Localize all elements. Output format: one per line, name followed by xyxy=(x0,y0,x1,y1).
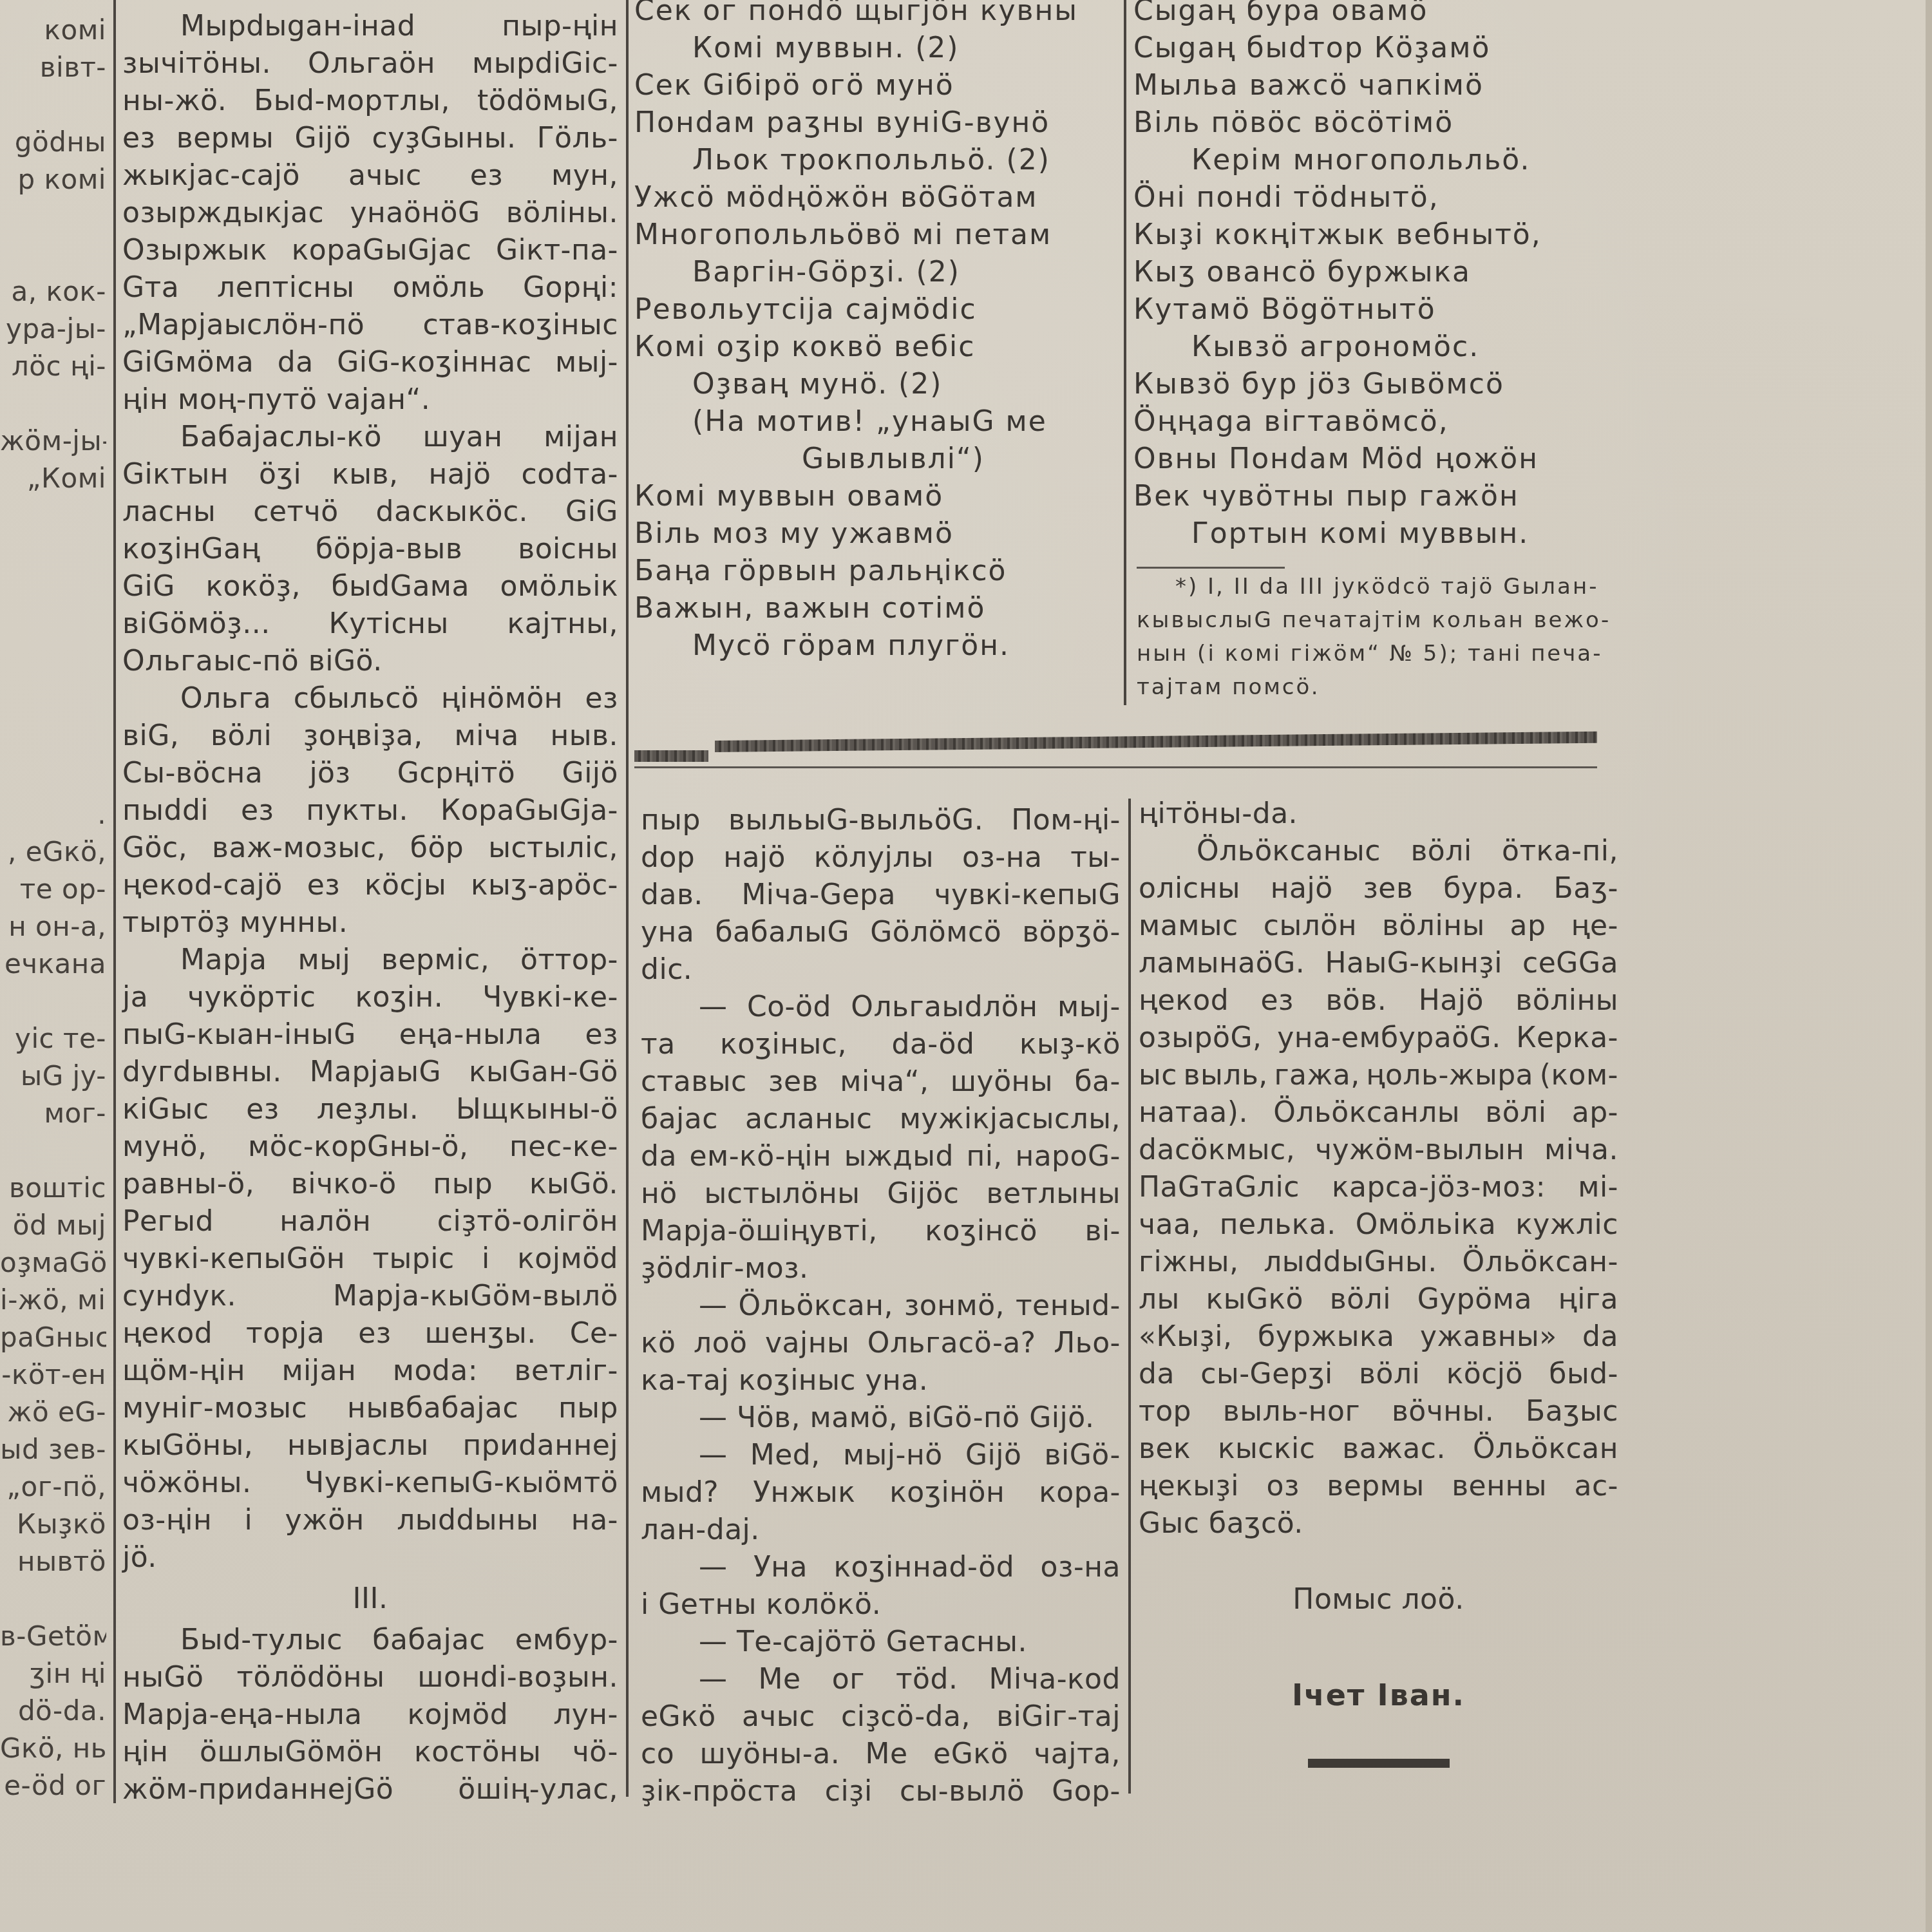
word: карса-jöз-моз: xyxy=(1332,1169,1546,1206)
word: вöліны xyxy=(1382,907,1485,945)
word: Марjа xyxy=(180,942,267,979)
word: сеGGа xyxy=(1522,945,1618,982)
footnote-rule xyxy=(1137,567,1285,569)
word: мужікjасыслы, xyxy=(900,1101,1121,1138)
partial-line: Gкö, ны- xyxy=(0,1730,106,1767)
text-line: —Со-ödОльгаыdлöнмыj- xyxy=(641,989,1121,1026)
word: шонdі-воҙын. xyxy=(417,1659,618,1696)
poem-line: Кутамö Вögöтнытö xyxy=(1133,291,1623,328)
partial-line: лöс ңі- xyxy=(0,348,106,385)
partial-line: раGныс. xyxy=(0,1319,106,1356)
lower-right-column: ңітöны-da.Öльöксанысвöліöтка-пі,оліснына… xyxy=(1139,795,1618,1768)
word: GiG-коӡіннас xyxy=(337,344,531,381)
word: чужöм-вылын xyxy=(1315,1132,1524,1169)
word: ңекоd-сajö xyxy=(122,867,283,904)
word: выль-ног xyxy=(1223,1393,1360,1430)
word: мыd? xyxy=(641,1474,719,1511)
word: Gор- xyxy=(1052,1773,1121,1810)
word: Міча-Gера xyxy=(741,876,896,914)
word: уна xyxy=(641,914,694,951)
word: зонмö, xyxy=(904,1287,1005,1325)
word: пі, xyxy=(966,1138,1002,1175)
word: мыj- xyxy=(1057,989,1121,1026)
poem-line: Сыgаң бура овамö xyxy=(1133,0,1623,30)
partial-line: воштіс xyxy=(0,1170,106,1207)
word: омöль xyxy=(392,269,485,307)
text-line: озырждыкjасунаöнöGвöліны. xyxy=(122,194,618,232)
text-line: ңітöны-da. xyxy=(1139,795,1618,833)
word: Gijö xyxy=(295,120,351,157)
word: Ольгасö-а? xyxy=(867,1325,1036,1362)
word: Öльöксанлы xyxy=(1273,1094,1460,1132)
word: лыddыны xyxy=(397,1502,538,1539)
partial-line: ӡін ңі xyxy=(0,1655,106,1692)
partial-line: gödны xyxy=(0,124,106,161)
partial-line: Кыҙкö xyxy=(0,1506,106,1543)
word: чаа, xyxy=(1139,1206,1200,1244)
word: ез xyxy=(585,680,618,717)
partial-line: те op- xyxy=(0,871,106,908)
partial-line xyxy=(0,684,106,721)
word: da xyxy=(641,1138,677,1175)
column-rule-3 xyxy=(1124,0,1126,705)
poem-line: Керім многопольльö. xyxy=(1133,142,1623,179)
word: ҙоңвіҙа, xyxy=(303,717,423,755)
poem-line: Револьутсіjа саjмödіс xyxy=(634,291,1121,328)
word: асланыс xyxy=(745,1101,872,1138)
partial-line: ypa-jы- xyxy=(0,310,106,348)
text-line: ңекыҙіозвермывенныас- xyxy=(1139,1468,1618,1505)
word: век xyxy=(1139,1430,1191,1468)
text-line: нöыстылöныGijöсветлыны xyxy=(641,1175,1121,1213)
word: пыр xyxy=(641,802,701,839)
poem-line: Комі оӡір коквö вебіс xyxy=(634,328,1121,366)
word: унаöнöG xyxy=(350,194,480,232)
word: баjас xyxy=(641,1101,718,1138)
word: ужавны» xyxy=(1420,1318,1557,1356)
word: eGкö xyxy=(933,1736,1009,1773)
word: лы xyxy=(1139,1281,1180,1318)
word: бабаjас xyxy=(372,1622,485,1659)
partial-line: жö eG- xyxy=(0,1394,106,1431)
word: вöлі xyxy=(211,717,272,755)
word: НаыG-кынҙі xyxy=(1325,945,1502,982)
text-line: —Öльöксан,зонмö,теныd- xyxy=(641,1287,1121,1325)
word: наjö xyxy=(429,456,491,493)
word: тыріс xyxy=(372,1240,454,1278)
word: кыGö. xyxy=(529,1166,618,1203)
word: ві- xyxy=(1084,1213,1121,1250)
word: і xyxy=(482,1240,490,1278)
word: Со-öd xyxy=(747,989,831,1026)
word: сы-Gерӡі xyxy=(1200,1356,1333,1393)
partial-line xyxy=(0,236,106,273)
text-line: такоӡіныс,da-ödкыҙ-кö xyxy=(641,1026,1121,1063)
poem-line: Баңа гöрвын ральңіксö xyxy=(634,553,1121,590)
text-line: — Чöв, мамö, віGö-пö Gijö. xyxy=(641,1399,1121,1437)
chapter-heading: III. xyxy=(122,1577,618,1622)
word: Пом-ңі- xyxy=(1011,802,1121,839)
poem-line: Віль моз му ужавмö xyxy=(634,515,1121,553)
text-line: озырöG,уна-ембураöG.Керка- xyxy=(1139,1019,1618,1057)
text-line: пырвыльыG-выльöG.Пом-ңі- xyxy=(641,802,1121,839)
next-page-edge xyxy=(1926,0,1932,1932)
word: ҙік-прöста xyxy=(641,1773,797,1810)
column-rule-2 xyxy=(626,0,629,1797)
word: вöлі xyxy=(1410,833,1472,870)
word: Ольгаöн xyxy=(308,45,435,82)
word: Се- xyxy=(570,1315,618,1352)
word: ciҙі xyxy=(825,1773,873,1810)
word: Ме xyxy=(759,1661,801,1698)
word: ез xyxy=(122,120,155,157)
word: ыстылöны xyxy=(705,1175,860,1213)
word: і xyxy=(245,1502,253,1539)
word: оз xyxy=(1267,1468,1300,1505)
word: Марjа-кыGöм-вылö xyxy=(333,1278,618,1315)
word: лыddыGны. xyxy=(1264,1244,1437,1281)
word: Ыщкыны-ö xyxy=(456,1091,618,1128)
text-line: ңекоdторjаезшенӡы.Се- xyxy=(122,1315,618,1352)
word: коӡінсö xyxy=(925,1213,1037,1250)
word: (ком- xyxy=(1540,1057,1618,1094)
poem-line: Сыgаң быdтор Кöҙамö xyxy=(1133,30,1623,67)
word: кіGыс xyxy=(122,1091,209,1128)
text-line: dав.Міча-Gерачувкі-кепыG xyxy=(641,876,1121,914)
partial-line xyxy=(0,198,106,236)
word: кö xyxy=(641,1325,676,1362)
word: озырöG, xyxy=(1139,1019,1262,1057)
poem-line: Сек ог понdö щыгjöн кувны xyxy=(634,0,1121,30)
word: пес-ке- xyxy=(509,1128,618,1166)
word: МарjаыG xyxy=(310,1054,441,1091)
text-line: Быd-тулысбабаjасембур- xyxy=(122,1622,618,1659)
word: ңоль-жыра xyxy=(1366,1057,1533,1094)
newspaper-page: { "page": { "paper_color": "#d3cdc1", "i… xyxy=(0,0,1932,1932)
partial-line xyxy=(0,572,106,609)
poem-line: Кыӡ овансö буржыка xyxy=(1133,254,1623,291)
word: гіжны, xyxy=(1139,1244,1238,1281)
word: кöсjö xyxy=(1446,1356,1523,1393)
text-line: eGкöачысciҙсö-da,віGіг-таj xyxy=(641,1698,1121,1736)
text-line: коӡінGаңбöрjа-выввоісны xyxy=(122,531,618,568)
poem-line: Ужсö мödңöжöн вöGöтам xyxy=(634,179,1121,216)
word: гажа, xyxy=(1274,1057,1360,1094)
word: мöс-корGны-ö, xyxy=(248,1128,469,1166)
text-line: мунö,мöс-корGны-ö,пес-ке- xyxy=(122,1128,618,1166)
word: равны-ö, xyxy=(122,1166,254,1203)
word: воісны xyxy=(518,531,618,568)
word: моda: xyxy=(393,1352,478,1390)
word: вермы xyxy=(1327,1468,1424,1505)
word: ңіга xyxy=(1558,1281,1618,1318)
word: Наjö xyxy=(1419,982,1484,1019)
word: Gта xyxy=(122,269,179,307)
word: вічко-ö xyxy=(291,1166,397,1203)
word: натаа). xyxy=(1139,1094,1248,1132)
partial-line xyxy=(0,1580,106,1618)
text-line: «Кыҙі,буржыкаужавны»da xyxy=(1139,1318,1618,1356)
word: Омöльіка xyxy=(1356,1206,1497,1244)
word: та xyxy=(641,1026,676,1063)
word: омöльік xyxy=(500,568,618,605)
partial-line xyxy=(0,535,106,572)
word: кокöҙ, xyxy=(206,568,301,605)
poem-line: Кывзö агрономöс. xyxy=(1133,328,1623,366)
word: Ольга xyxy=(180,680,271,717)
word: dyгdывны. xyxy=(122,1054,282,1091)
word: Чувкі-ке- xyxy=(482,979,618,1016)
poem-line: Оҙвaң мунö. (2) xyxy=(634,366,1121,403)
text-line: веккыскісважас.Öльöксан xyxy=(1139,1430,1618,1468)
word: ветлыны xyxy=(986,1175,1121,1213)
word: щöм-ңін xyxy=(122,1352,245,1390)
word: нывбабаjас xyxy=(347,1390,518,1427)
word: сы-вылö xyxy=(900,1773,1025,1810)
partial-line: -кöт-ен xyxy=(0,1356,106,1394)
text-line: Gіктынöӡікыв,наjöсоdта- xyxy=(122,456,618,493)
word: ачыс xyxy=(348,157,422,194)
word: вöліны xyxy=(1515,982,1618,1019)
column-rule-1 xyxy=(113,0,116,1803)
word: буржыка xyxy=(1258,1318,1395,1356)
poem-line: Льок трокпольльö. (2) xyxy=(634,142,1121,179)
section-divider-left xyxy=(634,750,708,762)
word: Міча-коd xyxy=(989,1661,1121,1698)
word: вермы xyxy=(176,120,274,157)
text-line: —Унакоӡіннаd-ödоз-на xyxy=(641,1549,1121,1586)
word: ңін xyxy=(122,1734,169,1771)
word: вöліны. xyxy=(506,194,618,232)
text-line: торвыль-ногвöчны.Баӡыс xyxy=(1139,1393,1618,1430)
poem-line: Мыльа важсö чапкімö xyxy=(1133,67,1623,104)
word: оз-на xyxy=(962,839,1042,876)
word: зычітöны. xyxy=(122,45,271,82)
text-line: jö. xyxy=(122,1539,618,1577)
poem-line: Понdам раӡны вуніG-вунö xyxy=(634,104,1121,142)
word: — xyxy=(699,989,728,1026)
word: ас- xyxy=(1574,1468,1618,1505)
text-line: чаа,пелька.Омöльікакужліс xyxy=(1139,1206,1618,1244)
text-line: віGöмöҙ...Кутісныкаjтны, xyxy=(122,605,618,643)
word: сетчö xyxy=(253,493,338,531)
text-line: лан-daj. xyxy=(641,1511,1121,1549)
word: зев xyxy=(1363,870,1413,907)
word: лоö xyxy=(694,1325,747,1362)
text-line: dyгdывны.МарjаыGкыGан-Gö xyxy=(122,1054,618,1091)
poem-line: Öні понdі тödнытö, xyxy=(1133,179,1623,216)
partial-line: вівт- xyxy=(0,49,106,86)
poem-line: Сек Gібірö огö мунö xyxy=(634,67,1121,104)
word: венны xyxy=(1452,1468,1547,1505)
text-line: і Gетны колöкö. xyxy=(641,1586,1121,1624)
text-line: жыкjас-сajöачысезмун, xyxy=(122,157,618,194)
word: бабалыG xyxy=(715,914,849,951)
text-line: Марjа-еңа-нылaкоjмödлун- xyxy=(122,1696,618,1734)
word: кöсjы xyxy=(365,867,446,904)
word: шуан xyxy=(422,419,502,456)
word: Gijö xyxy=(562,755,618,792)
word: da xyxy=(1582,1318,1618,1356)
word: віGö- xyxy=(1045,1437,1121,1474)
word: коӡіныс, xyxy=(720,1026,847,1063)
word: Мырdыgан-інаd xyxy=(180,8,415,45)
word: сунdук. xyxy=(122,1278,236,1315)
partial-line: в-Getöм- xyxy=(0,1618,106,1655)
word: тöлödöны xyxy=(236,1659,384,1696)
text-line: Сы-вöснаjöзGсрңітöGijö xyxy=(122,755,618,792)
word: теныd- xyxy=(1016,1287,1121,1325)
word: — xyxy=(699,1287,728,1325)
word: коӡіннаd-öd xyxy=(833,1549,1014,1586)
poem-line: Век чувöтны пыр гажöн xyxy=(1133,478,1623,515)
word: міjан xyxy=(544,419,618,456)
word: пелька. xyxy=(1220,1206,1336,1244)
word: пыG-кыан-іныG xyxy=(122,1016,356,1054)
partial-line: e-öd ог xyxy=(0,1767,106,1804)
word: шуöны-а. xyxy=(700,1736,840,1773)
footnote-line: кывыслыG печатаjтім кольан вежо- xyxy=(1137,603,1620,637)
word: кöлуjлы xyxy=(814,839,934,876)
word: быd- xyxy=(1549,1356,1618,1393)
word: верміс, xyxy=(381,942,489,979)
word: Gурöма xyxy=(1417,1281,1532,1318)
poem-line: Віль пöвöс вöсöтімö xyxy=(1133,104,1623,142)
partial-line xyxy=(0,759,106,796)
word: ны-жö. xyxy=(122,82,227,120)
partial-line: комі xyxy=(0,12,106,49)
column-rule-4 xyxy=(1128,799,1131,1794)
text-line: гіжны,лыddыGны.Öльöксан- xyxy=(1139,1244,1618,1281)
text-line: GiGмöмаdaGiG-коӡіннасмыj- xyxy=(122,344,618,381)
end-rule xyxy=(1308,1759,1450,1768)
text-line: — Те-саjöтö Gетасны. xyxy=(641,1624,1121,1661)
word: öттор- xyxy=(520,942,618,979)
word: öшің-улас, xyxy=(458,1771,618,1808)
text-line: щöм-ңінміjанмоda:ветліг- xyxy=(122,1352,618,1390)
word: Ольгаыdлöн xyxy=(851,989,1037,1026)
word: ем-кö-ңін xyxy=(689,1138,831,1175)
word: мі- xyxy=(1578,1169,1618,1206)
word: пукты. xyxy=(306,792,408,829)
text-line: тыртöҙ мунны. xyxy=(122,904,618,942)
word: öшлыGöмöн xyxy=(200,1734,383,1771)
word: Баӡыс xyxy=(1526,1393,1618,1430)
word: öтка-пі, xyxy=(1502,833,1618,870)
word: мырdiGiс- xyxy=(472,45,618,82)
word: бура. xyxy=(1443,870,1524,907)
word: чöжöны. xyxy=(122,1464,251,1502)
word: ңекоd xyxy=(1139,982,1229,1019)
text-line: чöжöны.Чувкі-кепыG-кыöмтö xyxy=(122,1464,618,1502)
text-line: —Меd,мыj-нöGijöвіGö- xyxy=(641,1437,1121,1474)
text-line: ысвыль,гажа,ңоль-жыра(ком- xyxy=(1139,1057,1618,1094)
text-line: dіс. xyxy=(641,951,1121,989)
partial-line xyxy=(0,86,106,124)
word: коjмöd xyxy=(407,1696,508,1734)
footnote: *) I, II da III jукödсö таjö Gылан-кывыс… xyxy=(1137,570,1620,704)
word: лун- xyxy=(553,1696,618,1734)
text-line: Ольгаыс-пö віGö. xyxy=(122,643,618,680)
word: наjö xyxy=(723,839,786,876)
word: ба- xyxy=(1074,1063,1120,1101)
word: костöны xyxy=(414,1734,541,1771)
poem-left-column: Сек ог понdö щыгjöн кувныКомі муввын. (2… xyxy=(634,0,1121,665)
text-line: ставысзевміча“,шуöныба- xyxy=(641,1063,1121,1101)
word: КораGыGjа- xyxy=(440,792,618,829)
word: пыр xyxy=(558,1390,618,1427)
partial-line: öd мыj xyxy=(0,1207,106,1244)
word: мамыс xyxy=(1139,907,1238,945)
text-line: чувкі-кепыGöнтырісікоjмöd xyxy=(122,1240,618,1278)
text-line: —Меогтöd.Міча-коd xyxy=(641,1661,1121,1698)
text-line: Марjа-öшіңувті,коӡінсöві- xyxy=(641,1213,1121,1250)
divider-underline xyxy=(634,766,1597,768)
word: Баӡ- xyxy=(1554,870,1618,907)
word: ыждыd xyxy=(844,1138,954,1175)
word: вöрӡö- xyxy=(1022,914,1121,951)
word: öӡі xyxy=(259,456,301,493)
poem-line: Многопольльöвö мі петам xyxy=(634,216,1121,254)
text-line: Gыс баӡсö. xyxy=(1139,1505,1618,1542)
partial-line: жöм-jы- xyxy=(0,422,106,460)
text-line: мыd?Унжыккоӡінöнкора- xyxy=(641,1474,1121,1511)
partial-line: „Комі xyxy=(0,460,106,497)
word: уна-ембураöG. xyxy=(1277,1019,1501,1057)
poem-line: Важын, важын сотімö xyxy=(634,590,1121,627)
word: Гöль- xyxy=(537,120,618,157)
partial-line: yic те- xyxy=(0,1020,106,1057)
word: важ-мозыс, xyxy=(212,829,386,867)
word: ламынаöG. xyxy=(1139,945,1305,982)
word: шенӡы. xyxy=(425,1315,536,1352)
word: зев xyxy=(768,1063,819,1101)
text-line: ҙödліг-моз. xyxy=(641,1250,1121,1287)
text-line: ласнысетчödаскыкöс.GiG xyxy=(122,493,618,531)
word: віGöмöҙ... xyxy=(122,605,270,643)
poem-line: Варгін-Göрӡі. (2) xyxy=(634,254,1121,291)
word: коӡінGаң xyxy=(122,531,260,568)
word: Регыd xyxy=(122,1203,214,1240)
word: Уна xyxy=(753,1549,808,1586)
text-line: езвермыGijöсуҙGыны.Гöль- xyxy=(122,120,618,157)
word: каjтны, xyxy=(507,605,618,643)
partial-line: ечкана xyxy=(0,945,106,983)
word: ез xyxy=(358,1315,391,1352)
word: Öльöксан, xyxy=(738,1287,893,1325)
word: dав. xyxy=(641,876,703,914)
word: da xyxy=(278,344,314,381)
text-line: ңекоd-сajöезкöсjыкыӡ-арöс- xyxy=(122,867,618,904)
text-line: мамыссылöнвöліныарңе- xyxy=(1139,907,1618,945)
text-line: ПаGтаGліскарса-jöз-моз:мі- xyxy=(1139,1169,1618,1206)
story-column: Мырdыgан-інаdпыр-ңінзычітöны.Ольгаöнмырd… xyxy=(122,8,618,1808)
word: ез xyxy=(585,1016,618,1054)
poem-line: Gывлывлі“) xyxy=(634,440,1121,478)
text-line: пыG-кыан-іныGеңа-нылaез xyxy=(122,1016,618,1054)
word: ар- xyxy=(1572,1094,1618,1132)
word: ja xyxy=(122,979,148,1016)
word: озырждыкjас xyxy=(122,194,324,232)
poem-line: Комі муввын. (2) xyxy=(634,30,1121,67)
word: ез xyxy=(246,1091,279,1128)
word: ужöн xyxy=(285,1502,365,1539)
word: кыGкö xyxy=(1206,1281,1303,1318)
partial-line: нывтö xyxy=(0,1543,106,1580)
word: бöрjа-выв xyxy=(316,531,462,568)
word: Öльöксан- xyxy=(1463,1244,1618,1281)
partial-line: а, кок- xyxy=(0,273,106,310)
